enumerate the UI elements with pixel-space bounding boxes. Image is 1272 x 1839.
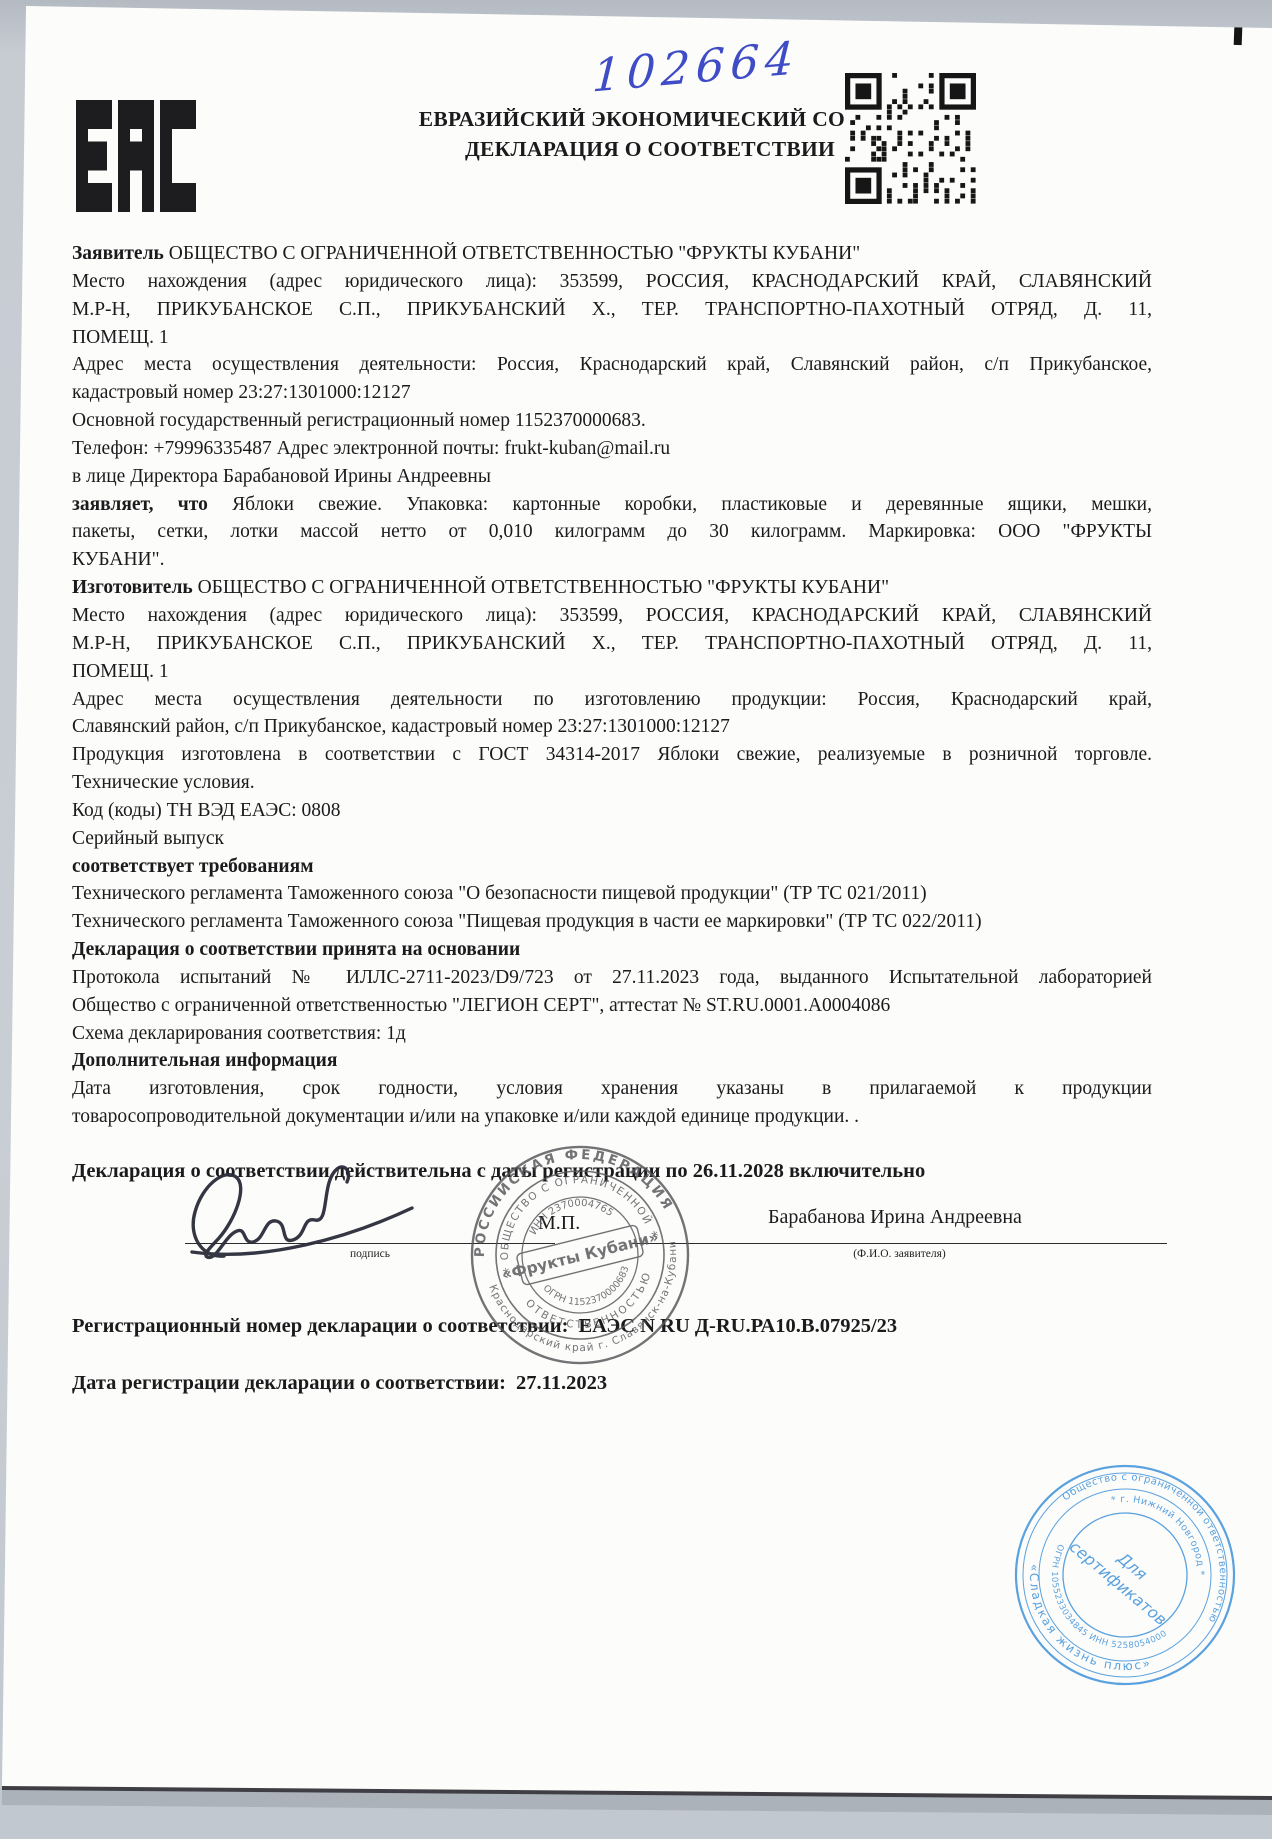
body-line: Продукция изготовлена в соответствии с Г… [72,741,1152,769]
fio-line [632,1243,1167,1244]
scan-artifact-mark [1234,27,1243,45]
body-line: М.Р-Н, ПРИКУБАНСКОЕ С.П., ПРИКУБАНСКИЙ Х… [72,296,1152,324]
body-line: Декларация о соответствии принята на осн… [72,936,1152,964]
cert-stamp-ring1-top: Общество с ограниченной ответственностью [1059,1431,1269,1626]
body-line: соответствует требованиям [72,853,1152,881]
body-line: Технического регламента Таможенного союз… [72,880,1152,908]
body-line: ПОМЕЩ. 1 [72,324,1152,352]
svg-text:Общество с ограниченной ответс: Общество с ограниченной ответственностью [1059,1431,1269,1626]
document-page: 102664 ЕВРАЗИЙСКИЙ ЭКОНОМИЧЕСКИЙ СОЮЗ ДЕ… [0,0,1272,1839]
scanned-document: 102664 ЕВРАЗИЙСКИЙ ЭКОНОМИЧЕСКИЙ СОЮЗ ДЕ… [0,0,1272,1839]
body-line: заявляет, что Яблоки свежие. Упаковка: к… [72,491,1152,519]
applicant-name: Барабанова Ирина Андреевна [660,1206,1130,1229]
body-line: Славянский район, с/п Прикубанское, када… [72,713,1152,741]
registration-date-label: Дата регистрации декларации о соответств… [72,1372,506,1394]
body-line: Основной государственный регистрационный… [72,407,1152,435]
body-line: в лице Директора Барабановой Ирины Андре… [72,463,1152,491]
body-line: М.Р-Н, ПРИКУБАНСКОЕ С.П., ПРИКУБАНСКИЙ Х… [72,630,1152,658]
body-line: Адрес места осуществления деятельности п… [72,686,1152,714]
body-line: Место нахождения (адрес юридического лиц… [72,602,1152,630]
body-line: ПОМЕЩ. 1 [72,658,1152,686]
body-line: Код (коды) ТН ВЭД ЕАЭС: 0808 [72,797,1152,825]
body-line: пакеты, сетки, лотки массой нетто от 0,0… [72,518,1152,546]
body-line: Серийный выпуск [72,825,1152,853]
body-line: Телефон: +79996335487 Адрес электронной … [72,435,1152,463]
body-line: КУБАНИ". [72,546,1152,574]
body-line: Схема декларирования соответствия: 1д [72,1020,1152,1048]
body-line: Общество с ограниченной ответственностью… [72,992,1152,1020]
eac-logo [76,100,196,212]
body-line: Технические условия. [72,769,1152,797]
eac-logo-letters [76,100,196,212]
certification-stamp: Общество с ограниченной ответственностью… [967,1417,1272,1733]
stamp-company-name: «Фрукты Кубани» [500,1228,661,1284]
declaration-body: Заявитель ОБЩЕСТВО С ОГРАНИЧЕННОЙ ОТВЕТС… [72,240,1152,1131]
body-line: Адрес места осуществления деятельности: … [72,351,1152,379]
body-line: кадастровый номер 23:27:1301000:12127 [72,379,1152,407]
body-line: Заявитель ОБЩЕСТВО С ОГРАНИЧЕННОЙ ОТВЕТС… [72,240,1152,268]
body-line: товаросопроводительной документации и/ил… [72,1103,1152,1131]
handwritten-number: 102664 [591,26,853,102]
cert-stamp-center-line2: сертификатов [1066,1537,1171,1629]
body-line: Протокола испытаний № ИЛЛС-2711-2023/D9/… [72,964,1152,992]
qr-code [845,73,976,204]
signature-ink [172,1140,422,1270]
body-line: Дата изготовления, срок годности, услови… [72,1075,1152,1103]
body-line: Изготовитель ОБЩЕСТВО С ОГРАНИЧЕННОЙ ОТВ… [72,574,1152,602]
fio-caption: (Ф.И.О. заявителя) [632,1248,1167,1260]
body-line: Дополнительная информация [72,1047,1152,1075]
body-line: Место нахождения (адрес юридического лиц… [72,268,1152,296]
body-line: Технического регламента Таможенного союз… [72,908,1152,936]
